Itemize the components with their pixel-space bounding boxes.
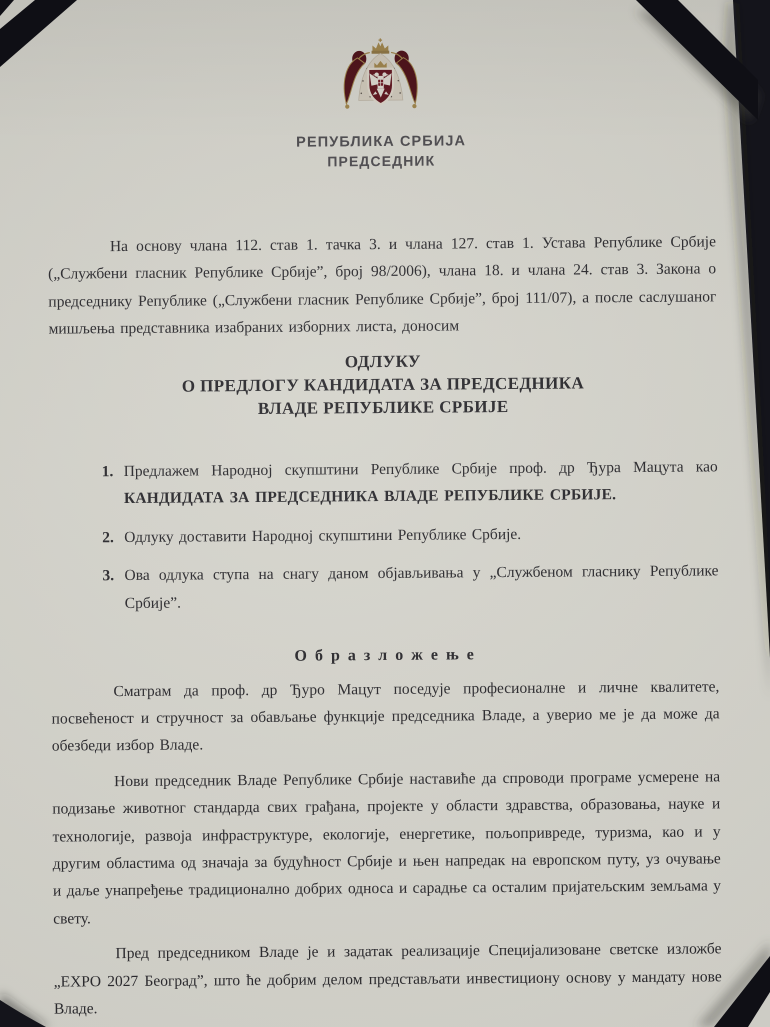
letterhead: РЕПУБЛИКА СРБИЈА ПРЕДСЕДНИК <box>46 0 715 172</box>
decision-item-3: 3. Ова одлука ступа на снагу даном објав… <box>50 558 718 618</box>
letterhead-country: РЕПУБЛИКА СРБИЈА <box>47 131 715 152</box>
item-text: Ова одлука ступа на снагу даном објављив… <box>124 563 718 612</box>
explanation-paragraph-3: Пред председником Владе је и задатак реа… <box>53 936 722 1023</box>
crown-icon <box>371 38 389 54</box>
item-text: Одлуку доставити Народној скупштини Репу… <box>124 526 521 546</box>
item-number: 1. <box>102 458 114 486</box>
explanation-paragraph-1: Сматрам да проф. др Ђуро Мацут поседује … <box>51 673 720 760</box>
decision-item-2: 2. Одлуку доставити Народној скупштини Р… <box>50 519 718 552</box>
document-page: РЕПУБЛИКА СРБИЈА ПРЕДСЕДНИК На основу чл… <box>46 0 722 1023</box>
corner-notch-top-left <box>0 0 14 16</box>
explanation-paragraph-2: Нови председник Владе Републике Србије н… <box>52 763 721 933</box>
document-photo: РЕПУБЛИКА СРБИЈА ПРЕДСЕДНИК На основу чл… <box>0 0 770 1027</box>
item-text: Предлажем Народној скупштини Републике С… <box>124 453 718 485</box>
document-title: ОДЛУКУ О ПРЕДЛОГУ КАНДИДАТА ЗА ПРЕДСЕДНИ… <box>49 347 718 421</box>
item-text-bold: КАНДИДАТА ЗА ПРЕДСЕДНИКА ВЛАДЕ РЕПУБЛИКЕ… <box>124 481 718 513</box>
serbia-coat-of-arms-icon <box>327 34 434 125</box>
decision-item-1: 1. Предлажем Народној скупштини Републик… <box>50 453 718 513</box>
decision-items: 1. Предлажем Народној скупштини Републик… <box>50 453 719 618</box>
title-line-3: ВЛАДЕ РЕПУБЛИКЕ СРБИЈЕ <box>49 393 717 421</box>
explanation-heading: О б р а з л о ж е њ е <box>51 644 719 667</box>
item-number: 2. <box>102 524 114 552</box>
corner-ribbon-bottom-right <box>714 956 770 1027</box>
letterhead-office: ПРЕДСЕДНИК <box>47 150 715 171</box>
backdrop-right-edge <box>733 0 770 658</box>
item-number: 3. <box>102 563 114 591</box>
preamble-paragraph: На основу члана 112. став 1. тачка 3. и … <box>48 228 717 343</box>
backdrop-bottom-left-corner <box>0 1000 46 1027</box>
